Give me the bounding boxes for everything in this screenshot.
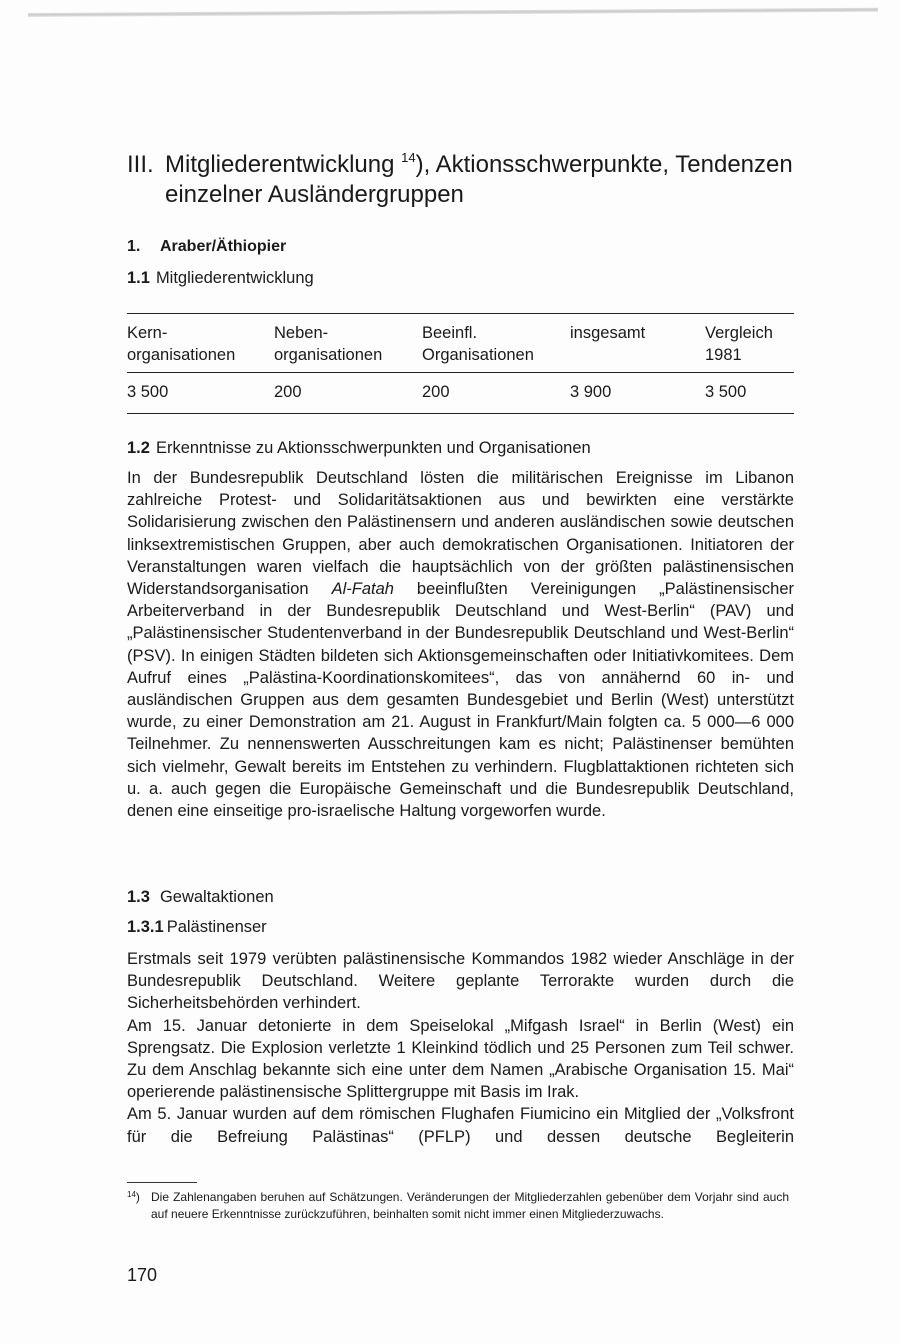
chapter-title-part1: Mitgliederentwicklung (165, 151, 394, 178)
section-number: 1. (127, 238, 160, 256)
section-heading-1-1: 1.1 Mitgliederentwicklung (127, 269, 314, 288)
column-header-line: organisationen (274, 346, 382, 364)
paragraph: Erstmals seit 1979 verübten palästinensi… (127, 948, 794, 1015)
table-cell: 3 500 (705, 373, 794, 414)
table-cell: 3 900 (570, 373, 705, 414)
column-header-line: Organisationen (422, 346, 534, 364)
membership-table: Kern-organisationenNeben-organisationenB… (127, 313, 794, 414)
chapter-title: Mitgliederentwicklung 14), Aktionsschwer… (165, 150, 795, 210)
column-header-line: 1981 (705, 346, 742, 364)
section-heading-1: 1. Araber/Äthiopier (127, 238, 286, 256)
column-header-line: Vergleich (705, 324, 773, 342)
column-header: Beeinfl.Organisationen (422, 314, 570, 373)
section-1-3-1-body: Erstmals seit 1979 verübten palästinensi… (127, 948, 794, 1148)
column-header: Vergleich1981 (705, 314, 794, 373)
column-header-line: insgesamt (570, 324, 645, 342)
section-title: Araber/Äthiopier (160, 238, 286, 256)
footnote-mark: 14) (127, 1189, 151, 1223)
section-number: 1.1 (127, 269, 150, 288)
table-header-row: Kern-organisationenNeben-organisationenB… (127, 314, 794, 373)
footnote: 14) Die Zahlenangaben beruhen auf Schätz… (127, 1189, 789, 1223)
section-title: Gewaltaktionen (160, 888, 274, 907)
section-1-2-body: In der Bundesrepublik Deutschland lösten… (127, 467, 794, 822)
table-row: 3 5002002003 9003 500 (127, 373, 794, 414)
table-cell: 200 (274, 373, 422, 414)
section-heading-1-3-1: 1.3.1 Palästinenser (127, 918, 267, 937)
scan-edge-artifact (28, 8, 878, 17)
section-heading-1-3: 1.3 Gewaltaktionen (127, 888, 274, 907)
paragraph: Am 5. Januar wurden auf dem römischen Fl… (127, 1103, 794, 1147)
paragraph: In der Bundesrepublik Deutschland lösten… (127, 467, 794, 822)
section-title: Mitgliederentwicklung (156, 269, 314, 288)
paragraph: Am 15. Januar detonierte in dem Speiselo… (127, 1015, 794, 1104)
column-header-line: Neben- (274, 324, 328, 342)
paragraph-text: In der Bundesrepublik Deutschland lösten… (127, 469, 794, 598)
section-number: 1.3.1 (127, 918, 164, 937)
footnote-number: 14 (127, 1190, 136, 1199)
table-cell: 200 (422, 373, 570, 414)
column-header: Neben-organisationen (274, 314, 422, 373)
section-number: 1.3 (127, 888, 150, 907)
section-title: Erkenntnisse zu Aktionsschwerpunkten und… (156, 439, 591, 458)
page-number: 170 (127, 1265, 157, 1286)
column-header: Kern-organisationen (127, 314, 274, 373)
column-header-line: Kern- (127, 324, 167, 342)
organisation-name-emphasis: Al-Fatah (332, 580, 394, 598)
section-title: Palästinenser (167, 918, 267, 937)
footnote-text: Die Zahlenangaben beruhen auf Schätzunge… (151, 1189, 789, 1223)
paragraph-text: beeinflußten Vereinigungen „Palästinensi… (127, 580, 794, 820)
footnote-divider (127, 1182, 197, 1183)
chapter-heading: III. Mitgliederentwicklung 14), Aktionss… (127, 150, 795, 210)
section-number: 1.2 (127, 439, 150, 458)
chapter-number: III. (127, 150, 165, 210)
column-header-line: Beeinfl. (422, 324, 477, 342)
section-heading-1-2: 1.2 Erkenntnisse zu Aktionsschwerpunkten… (127, 439, 591, 458)
footnote-reference[interactable]: 14 (401, 150, 415, 165)
table-cell: 3 500 (127, 373, 274, 414)
column-header: insgesamt (570, 314, 705, 373)
column-header-line: organisationen (127, 346, 235, 364)
